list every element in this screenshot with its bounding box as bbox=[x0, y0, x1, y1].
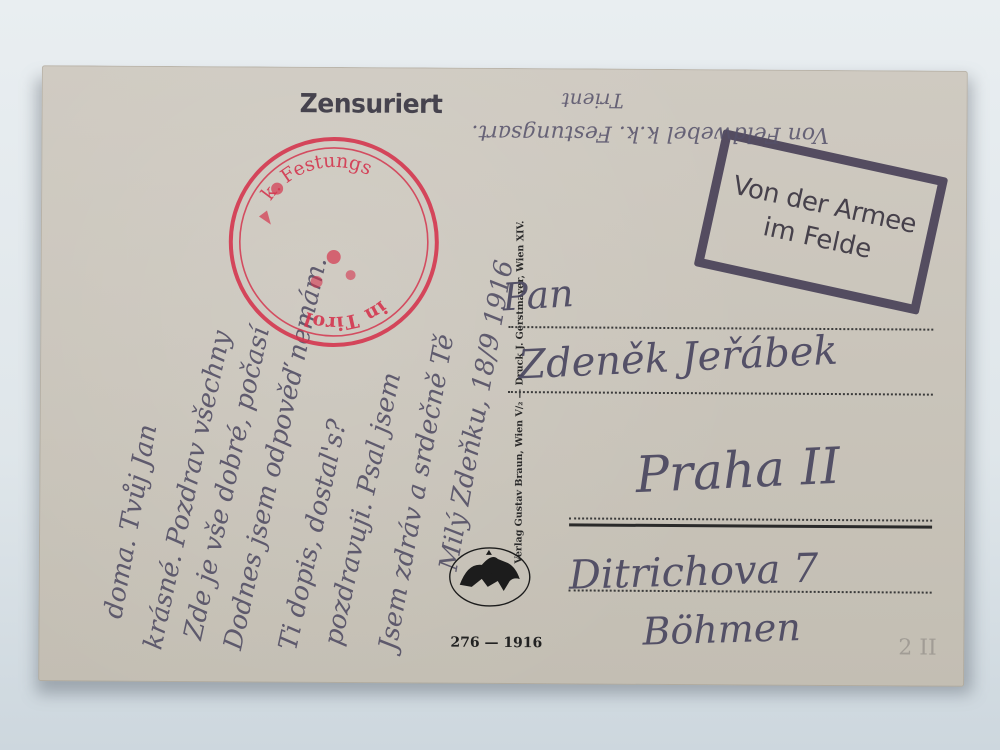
svg-text:in Tirol: in Tirol bbox=[301, 296, 391, 335]
address-city: Praha II bbox=[634, 437, 841, 504]
round-stamp-bottom: in Tirol bbox=[301, 296, 391, 335]
army-field-stamp: Von der Armee im Felde bbox=[694, 129, 949, 315]
fortress-round-stamp: k. Festungs in Tirol bbox=[218, 126, 449, 357]
pencil-mark: 2 II bbox=[898, 635, 937, 660]
censor-stamp: Zensuriert bbox=[300, 88, 443, 119]
address-underline bbox=[569, 523, 932, 528]
sender-upside-down: Von Feldwebel k.k. Festungsart. bbox=[471, 120, 829, 147]
address-line-3 bbox=[569, 517, 932, 521]
address-name: Zdeněk Jeřábek bbox=[517, 328, 838, 389]
address-line-2 bbox=[508, 391, 933, 396]
catalog-number: 276 — 1916 bbox=[450, 635, 542, 652]
knight-on-horse-icon bbox=[446, 545, 534, 610]
address-region: Böhmen bbox=[642, 605, 801, 654]
address-line-1 bbox=[508, 326, 933, 331]
postcard: doma. Tvůj Jan krásné. Pozdrav všechny Z… bbox=[38, 65, 968, 687]
sender-city-upside-down: Trient bbox=[562, 88, 624, 112]
round-stamp-graphic: k. Festungs in Tirol bbox=[218, 126, 449, 357]
address-salutation: Pan bbox=[501, 271, 575, 319]
